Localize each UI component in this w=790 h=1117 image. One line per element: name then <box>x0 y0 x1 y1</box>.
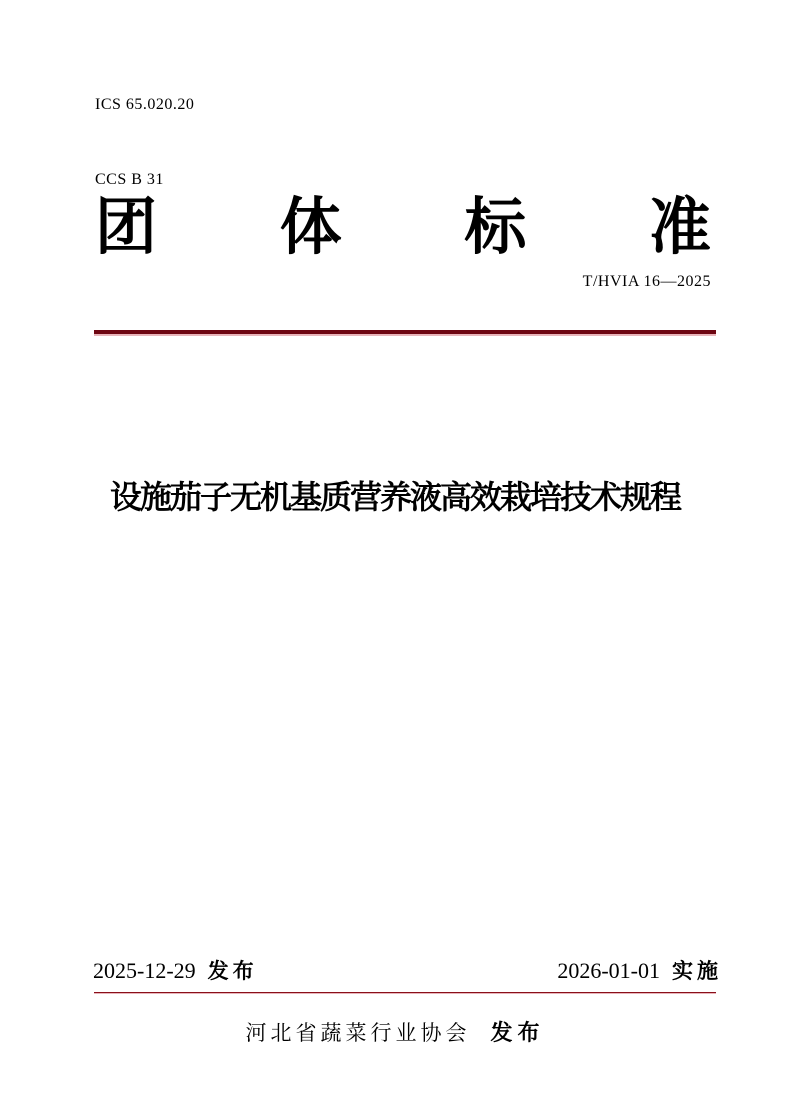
header-rule <box>94 330 716 336</box>
ccs-code: CCS B 31 <box>95 167 194 192</box>
implement-date-group: 2026-01-01 实施 <box>557 955 718 985</box>
issue-date-group: 2025-12-29 发布 <box>93 955 254 985</box>
ics-code: ICS 65.020.20 <box>95 92 194 117</box>
doc-type-char-2: 体 <box>280 197 342 259</box>
doc-type-char-4: 准 <box>649 197 711 259</box>
standard-title: 设施茄子无机基质营养液高效栽培技术规程 <box>0 479 790 516</box>
publisher-name: 河北省蔬菜行业协会 <box>245 1021 470 1045</box>
footer-rule <box>94 992 716 994</box>
issue-label: 发布 <box>208 955 258 985</box>
implement-label: 实施 <box>672 955 722 985</box>
issue-date: 2025-12-29 <box>93 958 196 984</box>
dates-row: 2025-12-29 发布 2026-01-01 实施 <box>93 955 718 985</box>
doc-type-char-1: 团 <box>95 197 157 259</box>
standard-cover-page: ICS 65.020.20 CCS B 31 团 体 标 准 T/HVIA 16… <box>0 0 790 1117</box>
implement-date: 2026-01-01 <box>557 958 660 984</box>
publisher-row: 河北省蔬菜行业协会 发布 <box>0 1016 790 1047</box>
standard-number: T/HVIA 16—2025 <box>583 273 711 291</box>
doc-type-char-3: 标 <box>464 197 526 259</box>
publisher-action-label: 发布 <box>490 1020 544 1045</box>
document-type-title: 团 体 标 准 <box>95 197 711 259</box>
